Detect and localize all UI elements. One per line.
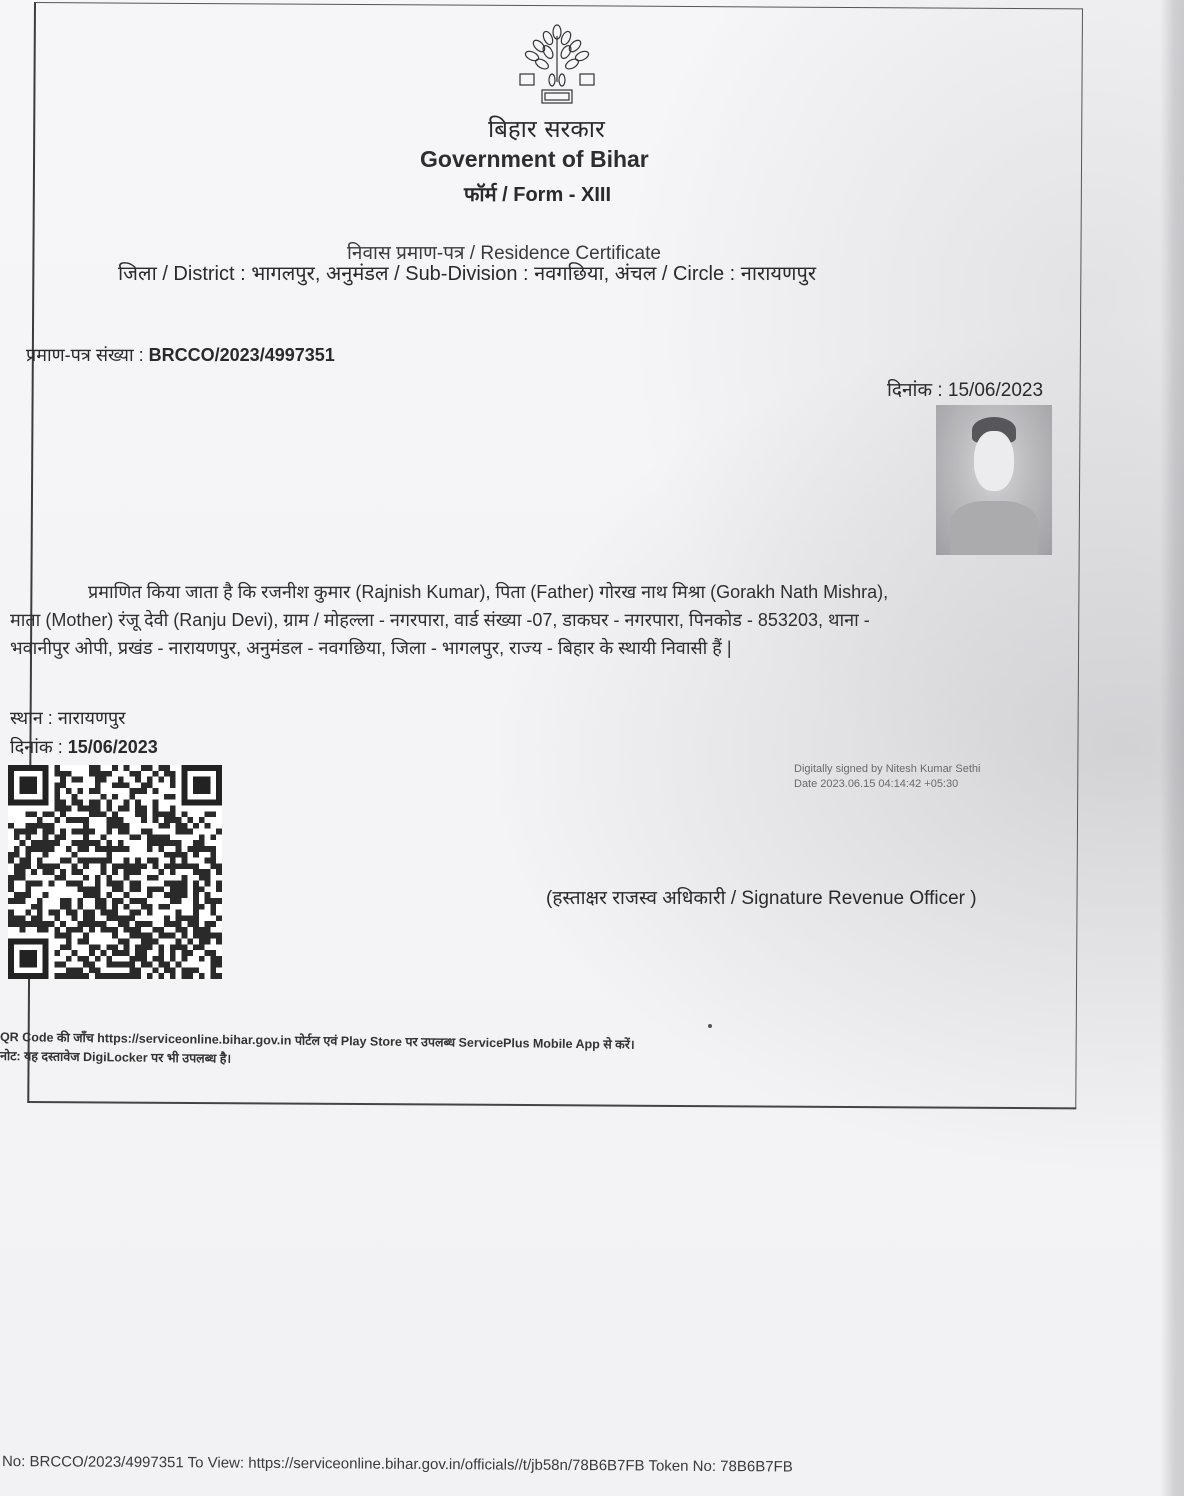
- date-label: दिनांक :: [887, 380, 943, 401]
- body-line-1: प्रमाणित किया जाता है कि रजनीश कुमार (Ra…: [10, 578, 1060, 606]
- paper-fold-shadow: [1160, 0, 1184, 1496]
- date-value: 15/06/2023: [68, 737, 158, 757]
- digital-signature: Digitally signed by Nitesh Kumar Sethi D…: [794, 762, 980, 792]
- gov-english-title: Government of Bihar: [420, 146, 649, 173]
- location-line: जिला / District : भागलपुर, अनुमंडल / Sub…: [118, 259, 816, 286]
- bihar-emblem-icon: [512, 22, 602, 106]
- form-number: फॉर्म / Form - XIII: [464, 180, 611, 207]
- digital-signature-name: Digitally signed by Nitesh Kumar Sethi: [794, 762, 980, 777]
- issue-date-top: दिनांक : 15/06/2023: [887, 376, 1043, 402]
- issue-place: स्थान : नारायणपुर: [10, 706, 126, 730]
- date-value: 15/06/2023: [948, 380, 1043, 401]
- date-label: दिनांक :: [10, 737, 63, 757]
- subdivision-value: नवगछिया,: [534, 263, 609, 285]
- issue-date-bottom: दिनांक : 15/06/2023: [10, 735, 158, 759]
- district-label: जिला / District :: [118, 263, 246, 285]
- certificate-number-label: प्रमाण-पत्र संख्या :: [26, 345, 144, 365]
- certificate-number: प्रमाण-पत्र संख्या : BRCCO/2023/4997351: [26, 343, 335, 367]
- digilocker-note: नोट: यह दस्तावेज DigiLocker पर भी उपलब्ध…: [0, 1047, 231, 1067]
- signature-revenue-officer: (हस्ताक्षर राजस्व अधिकारी / Signature Re…: [546, 884, 977, 910]
- district-value: भागलपुर,: [251, 263, 320, 285]
- subdivision-label: अनुमंडल / Sub-Division :: [326, 263, 529, 285]
- place-value: नारायणपुर: [58, 708, 126, 728]
- body-line-3: भवानीपुर ओपी, प्रखंड - नारायणपुर, अनुमंड…: [10, 634, 1060, 662]
- gov-hindi-title: बिहार सरकार: [488, 112, 605, 145]
- circle-label: अंचल / Circle :: [615, 263, 735, 285]
- certificate-number-value: BRCCO/2023/4997351: [149, 345, 335, 365]
- applicant-photo: [936, 405, 1052, 555]
- speck: [708, 1024, 712, 1028]
- digital-signature-date: Date 2023.06.15 04:14:42 +05:30: [794, 777, 980, 792]
- circle-value: नारायणपुर: [741, 263, 816, 285]
- place-label: स्थान :: [10, 708, 53, 728]
- body-line-2: माता (Mother) रंजू देवी (Ranju Devi), ग्…: [10, 606, 1060, 634]
- qr-code[interactable]: [8, 765, 222, 979]
- certificate-body: प्रमाणित किया जाता है कि रजनीश कुमार (Ra…: [10, 578, 1060, 662]
